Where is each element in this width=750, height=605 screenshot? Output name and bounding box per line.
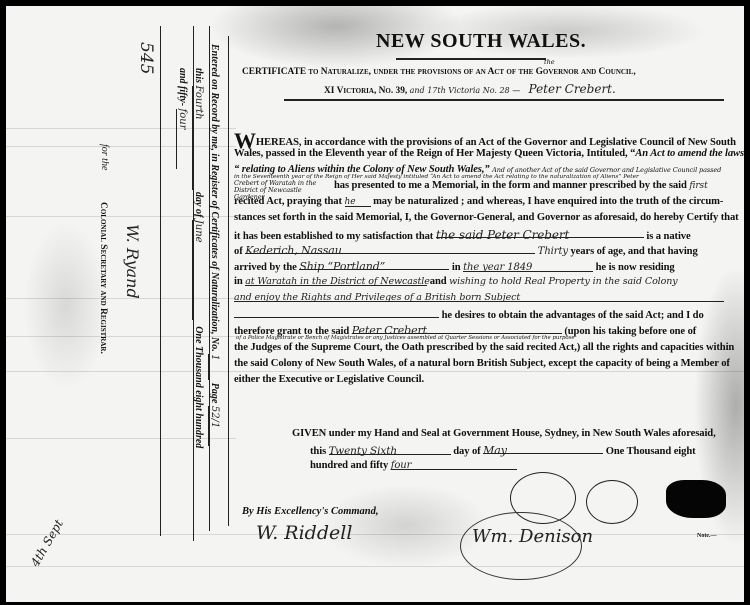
command-label: By His Excellency's Command,: [242, 506, 379, 517]
body-text: of: [234, 246, 243, 257]
margin-rule: [228, 36, 229, 526]
handwritten-insert: at Waratah in the District of Newcastle: [245, 276, 427, 286]
body-text: hundred and fifty: [310, 460, 388, 471]
register-page: 52/1: [208, 406, 220, 446]
folio-number: 545: [136, 42, 156, 74]
body-text: (upon his taking before one of: [564, 326, 696, 337]
handwritten-insert: of a Police Magistrate or Bench of Magis…: [236, 335, 575, 341]
body-text: GIVEN under my Hand and Seal at Governme…: [292, 428, 716, 439]
body-line-2: Wales, passed in the Eleventh year of th…: [234, 148, 734, 159]
act-reference-hand: and 17th Victoria No. 28 —: [410, 86, 521, 95]
handwritten-insert: Peter Crebert: [352, 324, 562, 334]
secretary-signature: W. Riddell: [256, 522, 352, 544]
register-text: this: [193, 68, 204, 83]
act-title: An Act to amend the laws: [635, 148, 744, 159]
body-line-6: stances set forth in the said Memorial, …: [234, 212, 734, 223]
body-line-16: either the Executive or Legislative Coun…: [234, 374, 734, 385]
handwritten-insert: he: [345, 197, 371, 207]
blank-fill-line: [234, 308, 439, 318]
register-month: June: [192, 220, 204, 320]
body-line-8: of Kederich, Nassau Thirty years of age,…: [234, 244, 734, 257]
ledger-line: [6, 566, 744, 567]
certificate-heading: CERTIFICATE to Naturalize, under the pro…: [242, 67, 636, 77]
registrar-signature: W. Ryand: [123, 224, 142, 299]
body-line-15: the said Colony of New South Wales, of a…: [234, 358, 734, 369]
body-text: the said Colony of New South Wales, of a…: [234, 358, 730, 369]
handwritten-insert: Kederich, Nassau: [245, 244, 535, 254]
body-text: the Judges of the Supreme Court, the Oat…: [234, 342, 734, 353]
register-entry-line-2: this Fourth day of June One Thousand eig…: [192, 68, 204, 448]
register-text: Entered on Record by me, in Register of …: [209, 44, 220, 352]
ledger-line: [6, 371, 744, 372]
act-reference-printed: XI Victoria, No. 39,: [324, 86, 407, 96]
handwritten-insert: Ship “Portland”: [299, 260, 449, 270]
certificate-sheet: NEW SOUTH WALES. CERTIFICATE to Naturali…: [6, 6, 744, 602]
body-text: is a native: [646, 231, 690, 242]
registrar-title-text: Colonial Secretary and Registrar.: [98, 202, 108, 354]
document-title: NEW SOUTH WALES.: [376, 30, 586, 53]
body-text: One Thousand eight: [606, 446, 696, 457]
body-text: day of: [453, 446, 480, 457]
register-number: 1: [208, 354, 220, 380]
handwritten-month: May: [483, 444, 603, 454]
register-text: Page: [209, 383, 220, 404]
body-text: recited Act, praying that: [234, 196, 342, 207]
body-text: this: [310, 446, 326, 457]
handwritten-day: Twenty Sixth: [329, 445, 451, 455]
body-text: in: [452, 262, 461, 273]
registrar-title: Colonial Secretary and Registrar.: [98, 202, 108, 354]
body-line-10: in at Waratah in the District of Newcast…: [234, 276, 734, 287]
body-text: it has been established to my satisfacti…: [234, 231, 433, 242]
given-line-3: hundred and fifty four: [310, 460, 744, 471]
handwritten-insert: the year 1849: [463, 262, 593, 272]
body-text: either the Executive or Legislative Coun…: [234, 374, 424, 385]
register-entry-line-1: Entered on Record by me, in Register of …: [208, 44, 220, 446]
register-text: day of: [193, 192, 204, 217]
governor-signature: Wm. Denison: [472, 526, 593, 547]
body-line-7: it has been established to my satisfacti…: [234, 228, 734, 242]
handwritten-insert: first: [689, 181, 707, 191]
register-entry-line-3: and fifty- four: [176, 68, 188, 169]
register-day: Fourth: [192, 86, 204, 190]
given-line-1: GIVEN under my Hand and Seal at Governme…: [292, 428, 744, 439]
register-year: four: [176, 109, 188, 169]
heading-underline: [284, 99, 724, 101]
given-line-2: this Twenty Sixth day of May One Thousan…: [310, 444, 744, 457]
title-underline: [396, 58, 546, 60]
ink-blot: [666, 480, 726, 518]
body-text: he desires to obtain the advantages of t…: [442, 310, 704, 321]
register-text: and fifty-: [177, 68, 188, 106]
handwritten-insert: Thirty: [538, 246, 568, 257]
handwritten-insert: wishing to hold Real Property in the sai…: [449, 276, 677, 287]
body-line-11: and enjoy the Rights and Privileges of a…: [234, 292, 734, 303]
body-line-5: recited Act, praying that he may be natu…: [234, 196, 734, 207]
certificate-heading-text: CERTIFICATE to Naturalize, under the pro…: [242, 67, 636, 77]
register-text: One Thousand eight hundred: [193, 326, 204, 448]
handwritten-insert: And of another Act of the said Governor …: [492, 166, 721, 174]
ledger-line: [6, 534, 744, 535]
margin-rule: [160, 26, 161, 536]
for-the-label: for the: [99, 144, 110, 170]
body-text: arrived by the: [234, 262, 297, 273]
body-line-12: he desires to obtain the advantages of t…: [234, 308, 734, 321]
body-text: stances set forth in the said Memorial, …: [234, 212, 739, 223]
body-text: and: [430, 276, 447, 287]
naturalized-name: Peter Crebert.: [529, 82, 616, 96]
body-text: HEREAS, in accordance with the provision…: [256, 137, 736, 148]
body-text: he is now residing: [596, 262, 675, 273]
body-text: in: [234, 276, 243, 287]
handwritten-year: four: [391, 460, 517, 470]
body-text: years of age, and that having: [570, 246, 697, 257]
act-reference: XI Victoria, No. 39, and 17th Victoria N…: [324, 82, 616, 96]
handwritten-insert: and enjoy the Rights and Privileges of a…: [234, 292, 724, 302]
body-text: has presented to me a Memorial, in the f…: [334, 180, 687, 191]
note-label: Note.—: [697, 533, 717, 539]
seal-outline: [586, 480, 638, 524]
handwritten-insert: the said Peter Crebert: [436, 228, 644, 238]
body-line-14: the Judges of the Supreme Court, the Oat…: [234, 342, 734, 353]
body-text: may be naturalized ; and whereas, I have…: [373, 196, 723, 207]
body-text: Wales, passed in the Eleventh year of th…: [234, 148, 635, 159]
body-line-9: arrived by the Ship “Portland” in the ye…: [234, 260, 734, 273]
heading-annotation: the: [544, 58, 555, 66]
